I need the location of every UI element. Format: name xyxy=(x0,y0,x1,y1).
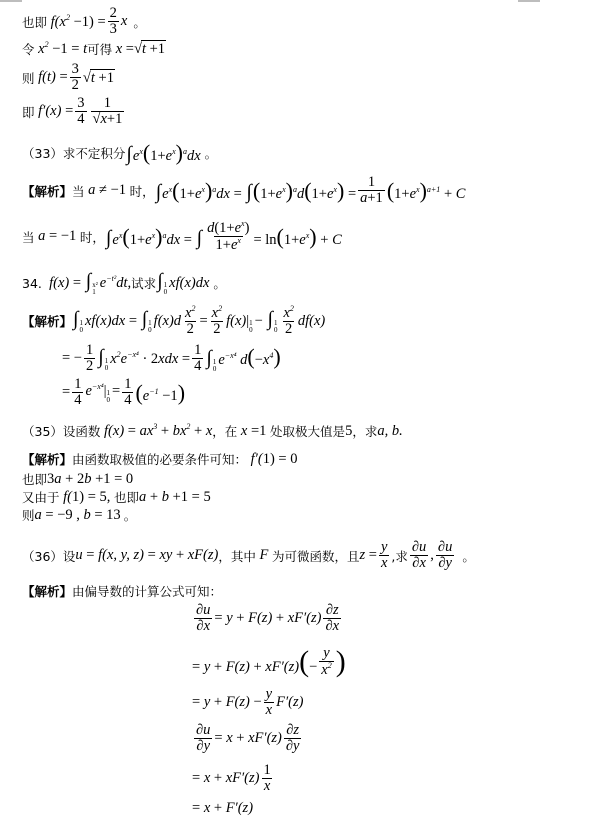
q33-question: （33）求不定积分 ∫ex(1+ex)adx 。 xyxy=(22,140,217,166)
p32-line-1: 也即 f(x2 −1) = 23 x 。 xyxy=(22,6,146,37)
q35-analysis-4: 则 a = −9 , b = 13 。 xyxy=(22,506,136,524)
p32-line-4: 即 f′(x) = 34 1√x+1 xyxy=(22,96,126,127)
fraction-3-2: 32 xyxy=(70,62,81,93)
fraction-2-3: 23 xyxy=(108,6,119,37)
q36-step-3: = y + F(z) − yx F′(z) xyxy=(192,687,303,718)
q34-analysis-step3: = 14 e−x⁴|10= 14 (e−1 −1) xyxy=(62,377,185,408)
q36-step-2: = y + F(z) + xF′(z)(− yx2 ) xyxy=(192,645,346,679)
q35-analysis-3: 又由于 f(1) = 5, 也即 a + b +1 = 5 xyxy=(22,488,211,506)
analysis-tag: 【解析】 xyxy=(22,582,72,600)
corner-mark-right xyxy=(518,0,540,2)
q36-step-5: = x + xF′(z) 1x xyxy=(192,763,275,794)
p32-line-3: 则 f(t) = 32 √t +1 xyxy=(22,62,115,93)
p32-l1-math: f(x2 −1) = xyxy=(47,13,106,31)
q33-analysis-case1: 【解析】 当 a ≠ −1 时， ∫ex(1+ex)adx = ∫(1+ex)a… xyxy=(22,175,465,206)
p32-line-2: 令 x2 −1 = t 可得 x = √t +1 xyxy=(22,40,166,58)
q34-question: 34. f(x) = ∫x²1e−t²dt, 试求 ∫10xf(x)dx 。 xyxy=(22,270,226,296)
q36-step-1: ∂u∂x = y + F(z) + xF′(z) ∂z∂x xyxy=(192,603,343,634)
q36-step-4: ∂u∂y = x + xF′(z) ∂z∂y xyxy=(192,723,303,754)
p32-l1-prefix: 也即 xyxy=(22,13,47,31)
analysis-tag: 【解析】 xyxy=(22,312,72,330)
corner-mark-left xyxy=(0,0,22,2)
q34-analysis-step1: 【解析】 ∫10xf(x)dx = ∫10f(x)d x22 = x22 f(x… xyxy=(22,305,325,337)
fraction-1-over-a-plus-1: 1a+1 xyxy=(358,175,385,206)
q35-analysis-1: 【解析】 由函数取极值的必要条件可知： f′(1) = 0 xyxy=(22,450,297,468)
q36-step-6: = x + F′(z) xyxy=(192,800,253,817)
fraction-1-sqrt: 1√x+1 xyxy=(91,96,125,127)
q33-analysis-case2: 当 a = −1 时， ∫ex(1+ex)adx = ∫ d(1+ex)1+ex… xyxy=(22,220,342,253)
q35-analysis-2: 也即 3a + 2b +1 = 0 xyxy=(22,470,133,488)
q34-analysis-step2: = − 12 ∫10x2e−x⁴ · 2xdx = 14 ∫10e−x⁴ d(−… xyxy=(62,343,281,374)
fraction-3-4: 34 xyxy=(75,96,86,127)
sqrt-t-plus-1: √t +1 xyxy=(134,40,166,58)
q35-question: （35）设函数 f(x) = ax3 + bx2 + x ，在 x =1 处取极… xyxy=(22,422,403,440)
q36-analysis-intro: 【解析】 由偏导数的计算公式可知： xyxy=(22,582,222,600)
analysis-tag: 【解析】 xyxy=(22,450,72,468)
q36-question: （36）设 u = f(x, y, z) = xy + xF(z) ，其中 F … xyxy=(22,540,475,571)
analysis-tag: 【解析】 xyxy=(22,182,72,200)
fraction-d-over-1-plus-ex: d(1+ex)1+ex xyxy=(205,220,251,253)
